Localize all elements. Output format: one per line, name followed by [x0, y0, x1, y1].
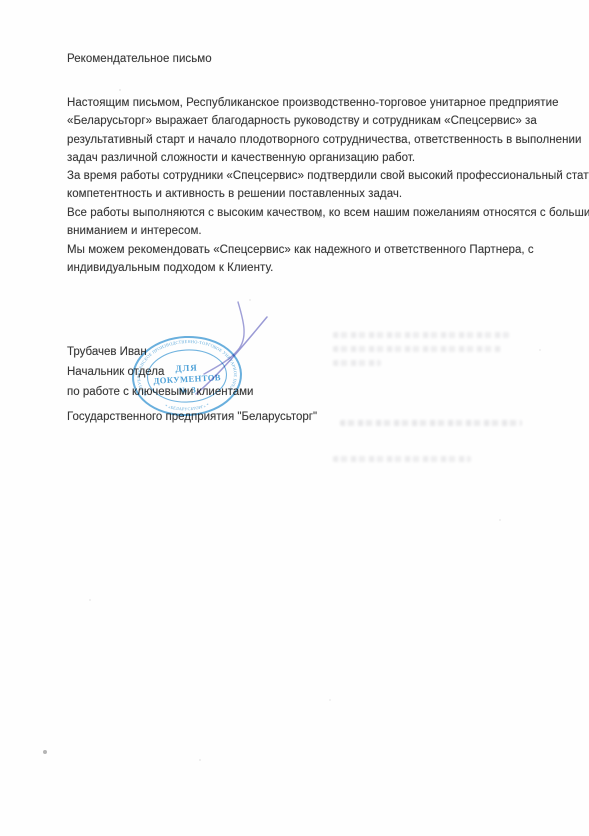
paragraph-1-line-1: Настоящим письмом, Республиканское произ… — [67, 94, 581, 112]
paragraph-2-line-1: За время работы сотрудники «Спецсервис» … — [67, 167, 589, 185]
paragraph-4-line-2: индивидуальным подходом к Клиенту. — [67, 259, 534, 277]
bleed-through-artifact — [340, 420, 522, 426]
bleed-through-artifact — [333, 332, 509, 338]
bleed-through-artifact — [333, 360, 381, 366]
paragraph-3-line-1: Все работы выполняются с высоким качеств… — [67, 204, 589, 222]
paragraph-3-line-2: вниманием и интересом. — [67, 222, 589, 240]
paragraph-1-line-4: задач различной сложности и качественную… — [67, 149, 581, 167]
scanned-letter-page: Рекомендательное письмо Настоящим письмо… — [0, 0, 589, 836]
paragraph-1-line-2: «Беларусьторг» выражает благодарность ру… — [67, 112, 581, 130]
paragraph-4: Мы можем рекомендовать «Спецсервис» как … — [67, 241, 534, 278]
paragraph-2: За время работы сотрудники «Спецсервис» … — [67, 167, 589, 204]
signature-stroke-2 — [204, 302, 244, 374]
paragraph-4-line-1: Мы можем рекомендовать «Спецсервис» как … — [67, 241, 534, 259]
bleed-through-artifact — [333, 346, 501, 352]
scan-dot-artifact — [43, 750, 47, 754]
bleed-through-artifact — [333, 456, 471, 462]
paragraph-3: Все работы выполняются с высоким качеств… — [67, 204, 589, 241]
paragraph-1: Настоящим письмом, Республиканское произ… — [67, 94, 581, 167]
handwritten-signature — [140, 292, 300, 412]
letter-title: Рекомендательное письмо — [67, 50, 212, 68]
paragraph-2-line-2: компетентность и активность в решении по… — [67, 185, 589, 203]
paragraph-1-line-3: результативный старт и начало плодотворн… — [67, 131, 581, 149]
